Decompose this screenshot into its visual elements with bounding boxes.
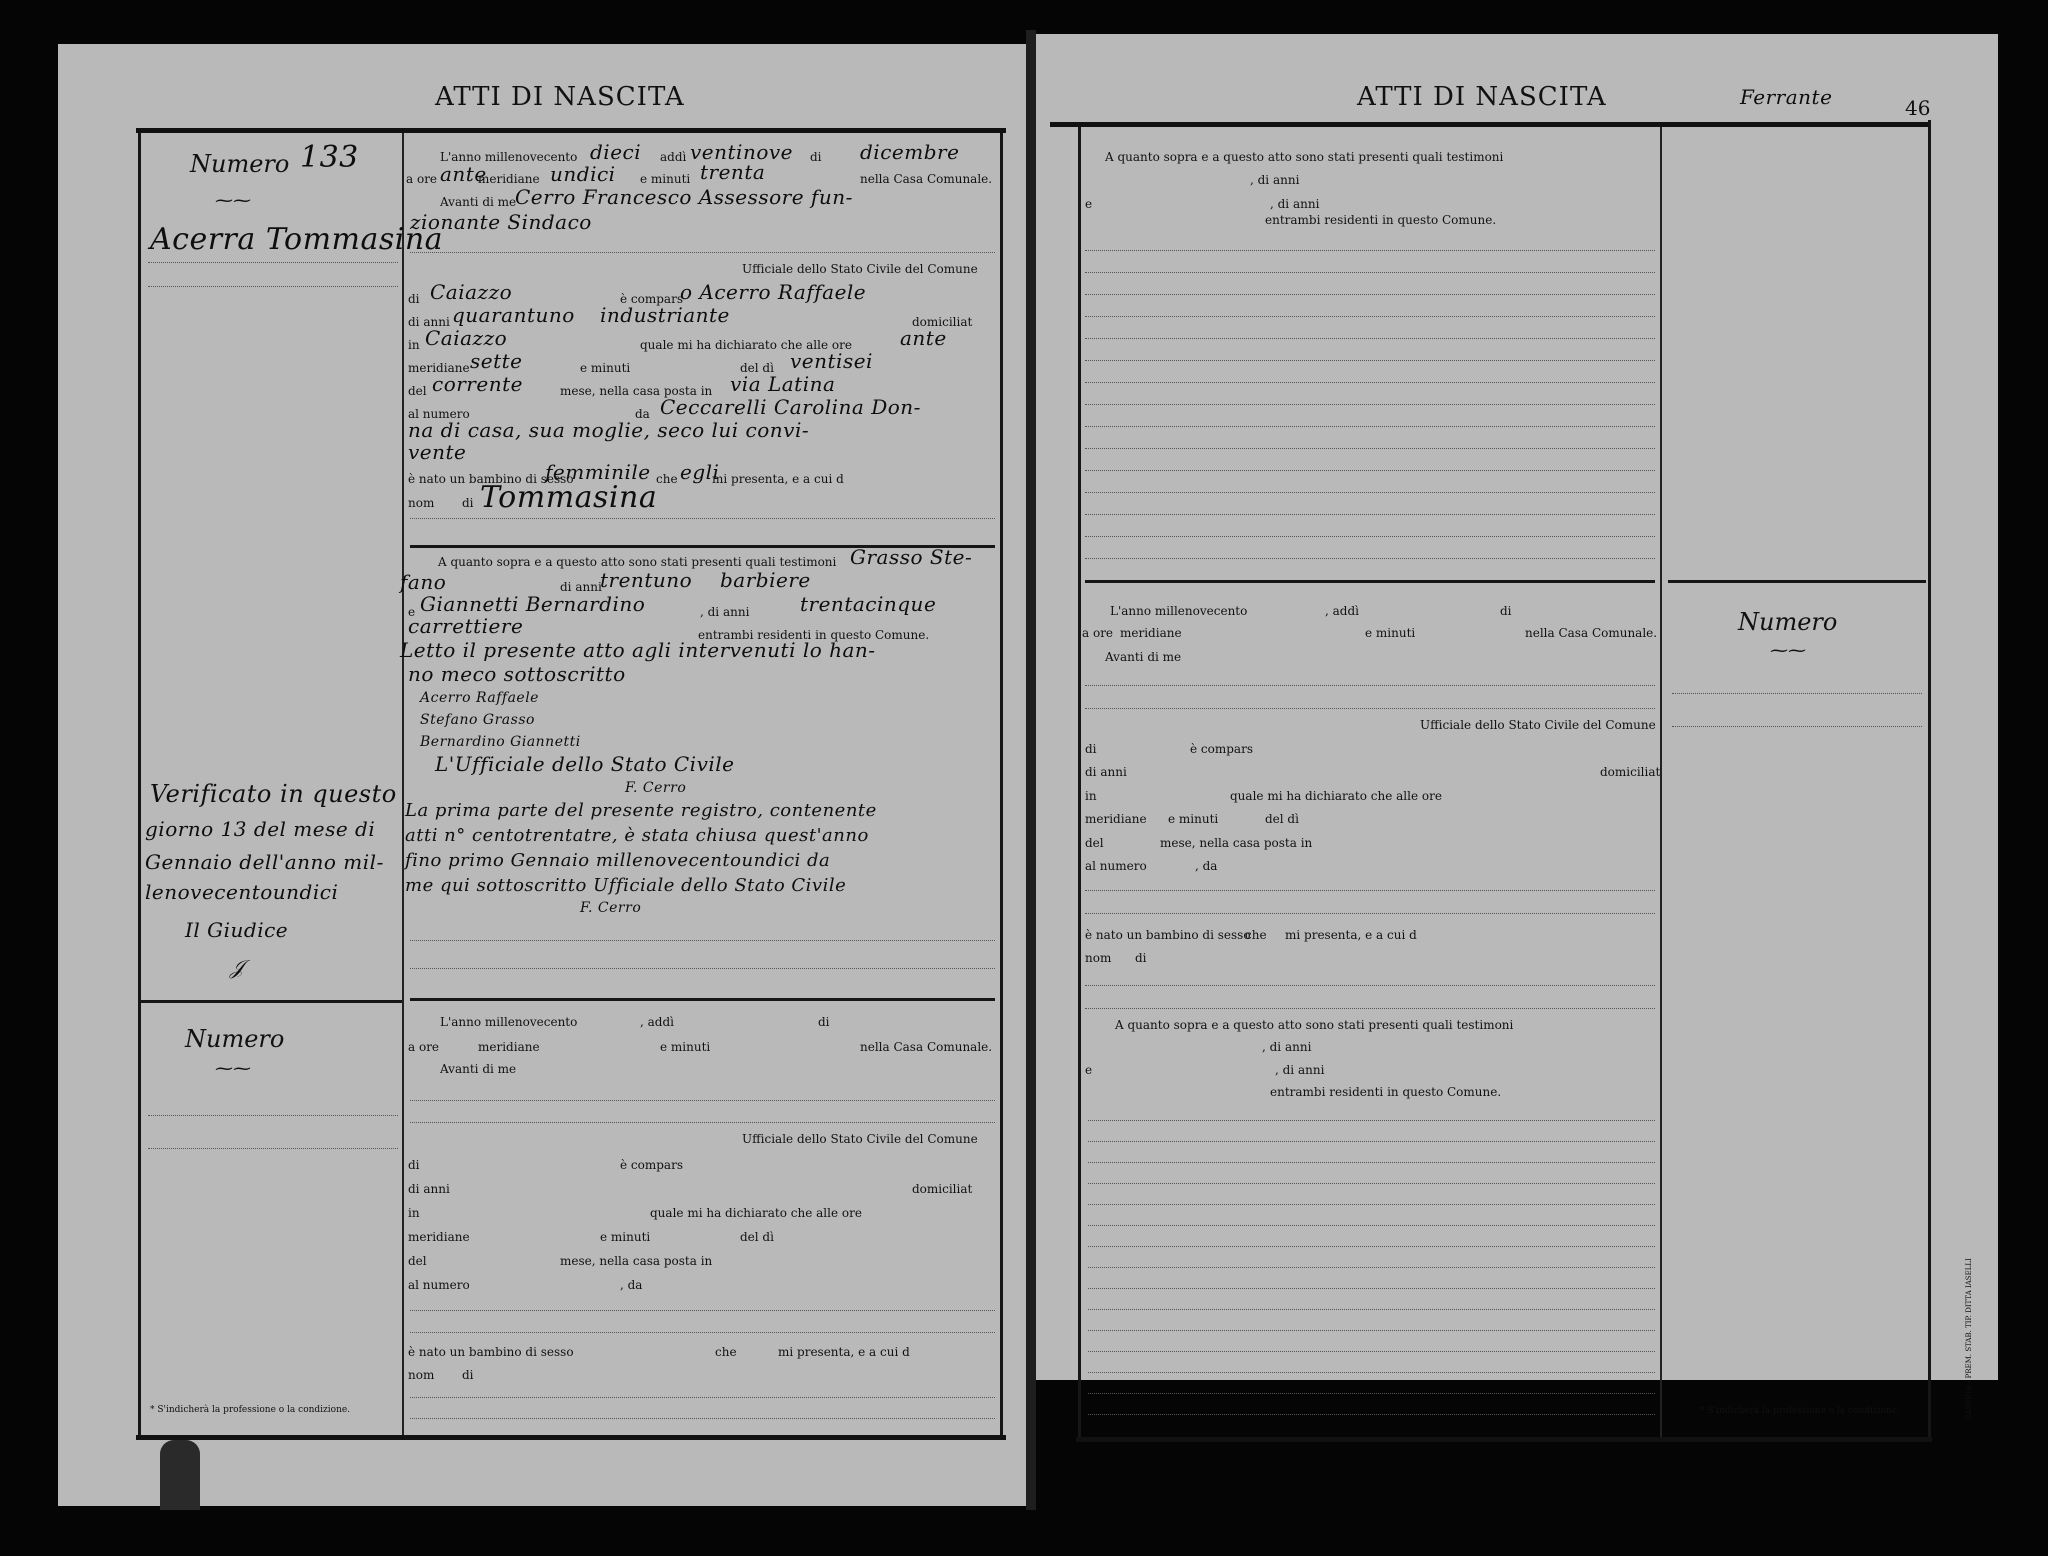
testimone1-anni: trentuno — [600, 568, 692, 592]
form-text: mi presenta, e a cui d — [778, 1345, 910, 1359]
form-text: di — [462, 496, 474, 510]
testimone1-prof: barbiere — [720, 568, 811, 592]
right-column-divider — [1660, 127, 1662, 1437]
form-text: del — [408, 384, 427, 398]
firma-dichiarante: Acerro Raffaele — [420, 690, 539, 706]
form-text: di — [408, 1158, 420, 1172]
form-line — [1085, 890, 1655, 891]
firma-testimone-1: Stefano Grasso — [420, 712, 535, 728]
form-line — [410, 1100, 995, 1101]
form-text: L'anno millenovecento — [440, 1015, 577, 1029]
flourish-icon: ⁓⁓ — [215, 1058, 251, 1079]
madre-descr: na di casa, sua moglie, seco lui convi- — [408, 418, 809, 442]
comparso-value: o Acerro Raffaele — [680, 280, 866, 304]
form-line — [1088, 1246, 1655, 1247]
numero-value: 133 — [300, 140, 359, 175]
form-line — [1085, 492, 1655, 493]
form-text: di — [1500, 604, 1512, 618]
form-text: mi presenta, e a cui d — [1285, 928, 1417, 942]
form-text: e minuti — [1168, 812, 1218, 826]
form-text: , di anni — [1250, 173, 1299, 187]
ufficiale-firma-label: L'Ufficiale dello Stato Civile — [435, 752, 735, 776]
form-text: e — [1085, 197, 1092, 211]
form-text: è compars — [620, 1158, 683, 1172]
form-line — [1085, 536, 1655, 537]
form-text: di — [1085, 742, 1097, 756]
form-line — [1085, 913, 1655, 914]
form-line — [1088, 1183, 1655, 1184]
form-line — [410, 1310, 995, 1311]
nome-value: Tommasina — [480, 480, 657, 515]
form-text: nom — [1085, 951, 1111, 965]
form-text: è nato un bambino di sesso — [1085, 928, 1251, 942]
verifica-line-5: Il Giudice — [185, 918, 288, 942]
form-text: di — [1135, 951, 1147, 965]
form-text: A quanto sopra e a questo atto sono stat… — [1115, 1018, 1513, 1032]
nota-line-2: atti n° centotrentatre, è stata chiusa q… — [405, 825, 869, 846]
right-top-rule — [1050, 122, 1930, 127]
form-text: mese, nella casa posta in — [1160, 836, 1312, 850]
margin-line — [1672, 693, 1922, 694]
form-text: Avanti di me — [440, 1062, 516, 1076]
form-line — [1085, 338, 1655, 339]
footnote-right: * S'indicherà la professione o la condiz… — [1700, 1406, 1900, 1416]
book-spine — [1026, 30, 1036, 1510]
printer-imprint: CASERTA - PREM. STAB. TIP. DITTA IASELLI — [1965, 1258, 1973, 1420]
form-line — [1088, 1267, 1655, 1268]
in-value: Caiazzo — [425, 326, 507, 350]
left-outer-border — [138, 133, 141, 1435]
form-text: A quanto sopra e a questo atto sono stat… — [438, 555, 836, 569]
numero-label-blank: Numero — [185, 1025, 284, 1053]
form-text: e — [1085, 1063, 1092, 1077]
form-text: , di anni — [700, 605, 749, 619]
left-bottom-rule — [136, 1435, 1006, 1440]
form-text: di anni — [408, 1182, 450, 1196]
form-text: , di anni — [1270, 197, 1319, 211]
form-line — [1088, 1288, 1655, 1289]
form-text: al numero — [1085, 859, 1147, 873]
margin-line — [1672, 726, 1922, 727]
minuti-value: trenta — [700, 160, 765, 184]
form-text: Avanti di me — [440, 195, 516, 209]
form-text: che — [715, 1345, 737, 1359]
testimone2-prof: carrettiere — [408, 614, 523, 638]
form-line — [1085, 426, 1655, 427]
form-line — [1085, 250, 1655, 251]
form-line — [1088, 1309, 1655, 1310]
form-line — [410, 1397, 995, 1398]
anno-value: dieci — [590, 140, 641, 164]
form-text: di anni — [1085, 765, 1127, 779]
comune-value: Caiazzo — [430, 280, 512, 304]
form-text: che — [1245, 928, 1267, 942]
section-rule — [410, 998, 995, 1001]
verifica-line-4: lenovecentoundici — [145, 880, 338, 904]
form-text: e minuti — [640, 172, 690, 186]
form-text: meridiane — [1085, 812, 1147, 826]
form-line — [410, 252, 995, 253]
ufficiale-firma: F. Cerro — [625, 780, 686, 796]
testimone1-value: Grasso Ste- — [850, 545, 972, 569]
form-text: in — [408, 338, 420, 352]
form-text: entrambi residenti in questo Comune. — [1265, 213, 1496, 227]
footnote-left: * S'indicherà la professione o la condiz… — [150, 1405, 350, 1415]
thumb-shadow — [160, 1440, 200, 1510]
verifica-line-2: giorno 13 del mese di — [145, 817, 375, 841]
flourish-icon: ⁓⁓ — [1770, 640, 1806, 661]
form-text: a ore — [406, 172, 437, 186]
numero-label-right: Numero — [1738, 608, 1837, 636]
margin-line — [148, 286, 398, 287]
form-text: del — [408, 1254, 427, 1268]
form-text: meridiane — [408, 1230, 470, 1244]
form-text: A quanto sopra e a questo atto sono stat… — [1105, 150, 1503, 164]
form-line — [1088, 1120, 1655, 1121]
form-line — [1088, 1351, 1655, 1352]
form-line — [1085, 558, 1655, 559]
clerk-signature: Ferrante — [1740, 85, 1832, 109]
form-line — [1085, 272, 1655, 273]
nota-line-4: me qui sottoscritto Ufficiale dello Stat… — [405, 875, 846, 896]
chiusura-line-2: no meco sottoscritto — [408, 662, 626, 686]
form-text: a ore — [408, 1040, 439, 1054]
page-number: 46 — [1905, 96, 1930, 120]
firma-testimone-2: Bernardino Giannetti — [420, 734, 581, 750]
form-text: di — [818, 1015, 830, 1029]
form-text: , da — [1195, 859, 1217, 873]
flourish-icon: ⁓⁓ — [215, 190, 251, 211]
madre-value: Ceccarelli Carolina Don- — [660, 395, 921, 419]
form-text: di — [408, 292, 420, 306]
form-text: del dì — [1265, 812, 1299, 826]
form-line — [410, 1418, 995, 1419]
form-text: è nato un bambino di sesso — [408, 1345, 574, 1359]
left-column-divider — [402, 133, 404, 1435]
form-text: e minuti — [600, 1230, 650, 1244]
form-line — [410, 1332, 995, 1333]
form-text: quale mi ha dichiarato che alle ore — [1230, 789, 1442, 803]
form-text: domiciliat — [912, 1182, 972, 1196]
form-line — [1088, 1414, 1655, 1415]
form-text: del — [1085, 836, 1104, 850]
form-line — [1085, 360, 1655, 361]
registrant-name: Acerra Tommasina — [150, 222, 443, 257]
left-margin-divider — [140, 1000, 402, 1003]
left-top-rule — [136, 128, 1006, 133]
form-line — [1088, 1162, 1655, 1163]
nota-line-1: La prima parte del presente registro, co… — [405, 800, 877, 821]
numero-label: Numero — [190, 150, 289, 178]
right-page-header: ATTI DI NASCITA — [1357, 82, 1607, 112]
form-line — [1085, 294, 1655, 295]
form-text: al numero — [408, 1278, 470, 1292]
form-text: entrambi residenti in questo Comune. — [1270, 1085, 1501, 1099]
left-page-header: ATTI DI NASCITA — [435, 82, 685, 112]
form-text: Ufficiale dello Stato Civile del Comune — [1420, 718, 1656, 732]
meridiane-value: undici — [550, 162, 616, 186]
form-text: mi presenta, e a cui d — [712, 472, 844, 486]
margin-section-rule — [1668, 580, 1926, 583]
form-text: nom — [408, 496, 434, 510]
form-line — [1088, 1204, 1655, 1205]
margin-line — [148, 1115, 398, 1116]
right-page — [1036, 34, 1998, 1380]
form-text: nella Casa Comunale. — [1525, 626, 1657, 640]
form-text: , da — [620, 1278, 642, 1292]
giudice-signature: 𝒥 — [230, 955, 244, 979]
form-text: addì — [660, 150, 686, 164]
form-line — [1085, 685, 1655, 686]
form-text: di — [462, 1368, 474, 1382]
left-right-border — [1000, 133, 1003, 1435]
form-line — [410, 940, 995, 941]
form-text: e minuti — [660, 1040, 710, 1054]
form-text: in — [1085, 789, 1097, 803]
form-line — [1085, 514, 1655, 515]
form-line — [1085, 404, 1655, 405]
form-text: domiciliat — [1600, 765, 1660, 779]
form-line — [1085, 985, 1655, 986]
form-text: e minuti — [1365, 626, 1415, 640]
form-text: meridiane — [478, 1040, 540, 1054]
form-line — [410, 518, 995, 519]
form-text: , addì — [640, 1015, 674, 1029]
form-line — [1088, 1393, 1655, 1394]
form-line — [1085, 316, 1655, 317]
giorno-value: ventisei — [790, 349, 873, 373]
ufficiale-title: zionante Sindaco — [410, 210, 592, 234]
form-line — [410, 968, 995, 969]
professione-value: industriante — [600, 303, 730, 327]
form-text: Avanti di me — [1105, 650, 1181, 664]
form-text: , di anni — [1275, 1063, 1324, 1077]
form-line — [1088, 1225, 1655, 1226]
form-line — [1085, 1008, 1655, 1009]
mese-value: dicembre — [860, 140, 959, 164]
form-text: meridiane — [478, 172, 540, 186]
form-line — [1085, 470, 1655, 471]
meridiane-value: sette — [470, 349, 523, 373]
form-text: , addì — [1325, 604, 1359, 618]
nota-firma: F. Cerro — [580, 900, 641, 916]
ufficiale-name: Cerro Francesco Assessore fun- — [515, 185, 853, 209]
form-text: L'anno millenovecento — [1110, 604, 1247, 618]
form-text: nella Casa Comunale. — [860, 172, 992, 186]
chiusura-line-1: Letto il presente atto agli intervenuti … — [400, 638, 876, 662]
form-text: quale mi ha dichiarato che alle ore — [650, 1206, 862, 1220]
form-text: è compars — [1190, 742, 1253, 756]
anni-value: quarantuno — [452, 303, 575, 327]
testimone1-value-cont: fano — [400, 570, 446, 594]
form-text: che — [656, 472, 678, 486]
form-text: del dì — [740, 1230, 774, 1244]
form-line — [1085, 708, 1655, 709]
form-text: di — [810, 150, 822, 164]
del-value: corrente — [432, 372, 523, 396]
form-line — [410, 1122, 995, 1123]
testimone2-value: Giannetti Bernardino — [420, 592, 645, 616]
form-line — [1088, 1141, 1655, 1142]
form-line — [1085, 382, 1655, 383]
testimone2-anni: trentacinque — [800, 592, 936, 616]
section-rule — [1085, 580, 1655, 583]
form-text: in — [408, 1206, 420, 1220]
verifica-line-1: Verificato in questo — [150, 780, 397, 808]
right-bottom-rule — [1076, 1437, 1932, 1442]
form-text: a ore — [1082, 626, 1113, 640]
form-text: meridiane — [1120, 626, 1182, 640]
nota-line-3: fino primo Gennaio millenovecentoundici … — [405, 850, 830, 871]
form-text: Ufficiale dello Stato Civile del Comune — [742, 1132, 978, 1146]
form-line — [1085, 448, 1655, 449]
form-text: Ufficiale dello Stato Civile del Comune — [742, 262, 978, 276]
madre-descr-2: vente — [408, 440, 466, 464]
margin-line — [148, 1148, 398, 1149]
form-text: nella Casa Comunale. — [860, 1040, 992, 1054]
form-text: , di anni — [1262, 1040, 1311, 1054]
form-text: e minuti — [580, 361, 630, 375]
form-line — [1088, 1372, 1655, 1373]
margin-line — [148, 262, 398, 263]
ore-value: ante — [900, 326, 947, 350]
via-value: via Latina — [730, 372, 835, 396]
form-text: nom — [408, 1368, 434, 1382]
form-text: mese, nella casa posta in — [560, 1254, 712, 1268]
form-line — [1088, 1330, 1655, 1331]
right-outer-border — [1928, 120, 1931, 1437]
right-left-border — [1078, 127, 1081, 1437]
verifica-line-3: Gennaio dell'anno mil- — [145, 850, 384, 874]
